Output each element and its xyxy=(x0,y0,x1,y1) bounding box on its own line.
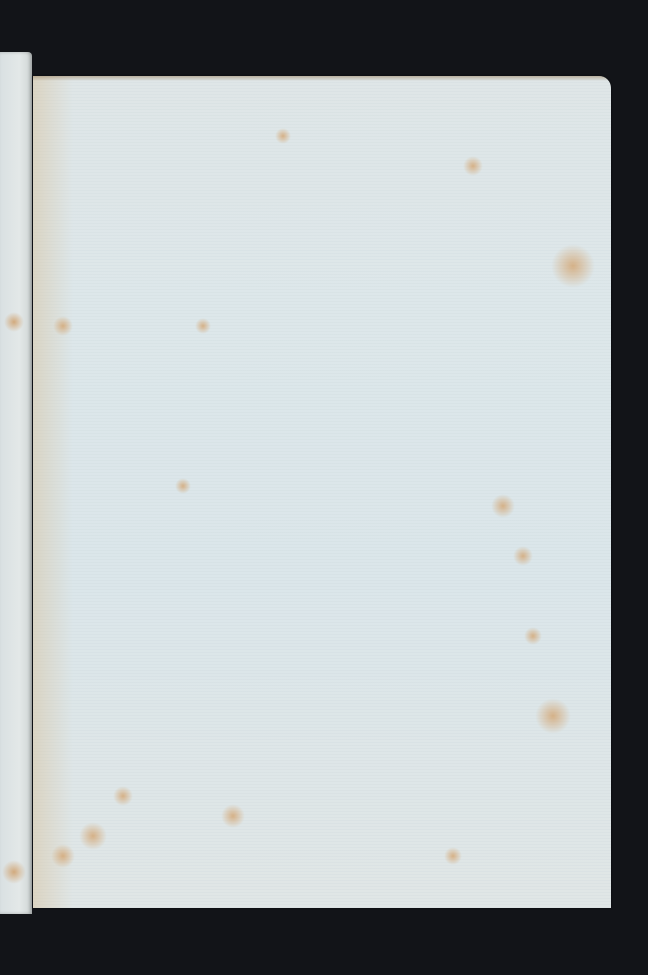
foxing-stain xyxy=(4,312,24,332)
foxing-stain xyxy=(275,128,291,144)
foxing-stain xyxy=(513,546,533,566)
foxing-stain xyxy=(53,316,73,336)
foxing-stain xyxy=(175,478,191,494)
foxing-stain xyxy=(221,804,245,828)
foxing-stain xyxy=(491,494,515,518)
foxing-stain xyxy=(2,860,26,884)
foxing-stain xyxy=(524,627,542,645)
facing-leaf-edge xyxy=(0,52,32,914)
foxing-stain xyxy=(51,844,75,868)
foxing-stain xyxy=(444,847,462,865)
foxing-stain xyxy=(79,822,107,850)
manuscript-scan xyxy=(0,0,648,975)
foxing-stain xyxy=(113,786,133,806)
foxing-stain xyxy=(535,698,571,734)
foxing-stain xyxy=(195,318,211,334)
foxing-stain xyxy=(551,244,595,288)
blank-manuscript-page xyxy=(33,76,611,908)
foxing-stain xyxy=(463,156,483,176)
